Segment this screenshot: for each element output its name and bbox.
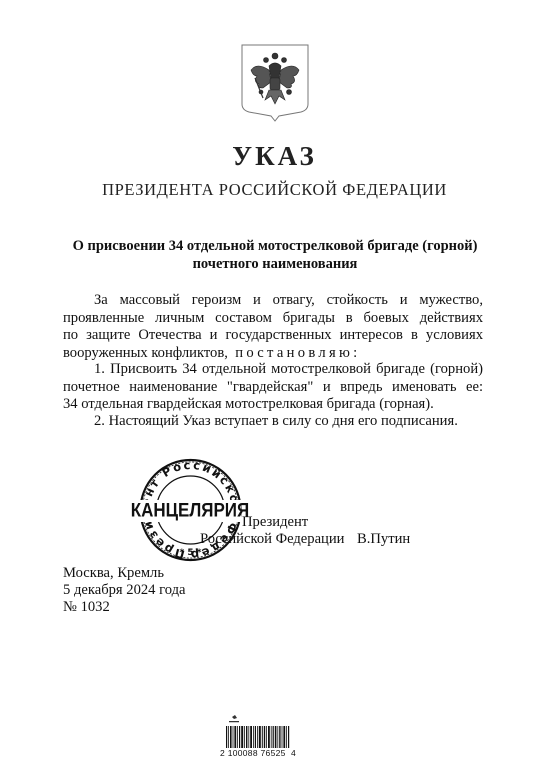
preamble-paragraph: За массовый героизм и отвагу, стойкость … — [63, 292, 483, 362]
clause-1-line: 1. Присвоить 34 отдельной мотострелковой… — [63, 361, 483, 379]
preamble-line: За массовый героизм и отвагу, стойкость … — [63, 292, 483, 310]
date: 5 декабря 2024 года — [63, 582, 186, 599]
heading-line-1: О присвоении 34 отдельной мотострелковой… — [60, 237, 490, 255]
decree-word: постановляю: — [235, 345, 360, 361]
decree-heading: О присвоении 34 отдельной мотострелковой… — [60, 237, 490, 273]
signature-title-line-1: Президент — [242, 514, 308, 531]
clause-1-line: почетное наименование "гвардейская" и вп… — [63, 379, 483, 397]
clause-1-line: 34 отдельная гвардейская мотострелковая … — [63, 396, 483, 414]
signatory-name: В.Путин — [357, 531, 410, 548]
barcode-digits: 2 100088 76525 4 — [220, 748, 296, 758]
place-date-block: Москва, Кремль 5 декабря 2024 года № 103… — [63, 565, 186, 616]
preamble-line-text: вооруженных конфликтов, — [63, 345, 228, 361]
clause-2-line: 2. Настоящий Указ вступает в силу со дня… — [63, 413, 483, 431]
place: Москва, Кремль — [63, 565, 186, 582]
clause-1: 1. Присвоить 34 отдельной мотострелковой… — [63, 361, 483, 414]
document-subtitle: ПРЕЗИДЕНТА РОССИЙСКОЙ ФЕДЕРАЦИИ — [0, 180, 549, 200]
svg-text:* 5 *: * 5 * — [180, 548, 202, 558]
document-title: УКАЗ — [0, 141, 549, 172]
svg-text:КАНЦЕЛЯРИЯ: КАНЦЕЛЯРИЯ — [131, 499, 249, 521]
preamble-line-last: вооруженных конфликтов, постановляю: — [63, 345, 483, 363]
coat-of-arms-icon — [239, 42, 311, 122]
decree-number: № 1032 — [63, 599, 186, 616]
clause-2: 2. Настоящий Указ вступает в силу со дня… — [63, 413, 483, 431]
preamble-line: проявленные личным составом бригады в бо… — [63, 310, 483, 328]
heading-line-2: почетного наименования — [60, 255, 490, 273]
signature-title-line-2: Российской Федерации — [200, 531, 345, 548]
preamble-line: по защите Отечества и государственных ин… — [63, 327, 483, 345]
